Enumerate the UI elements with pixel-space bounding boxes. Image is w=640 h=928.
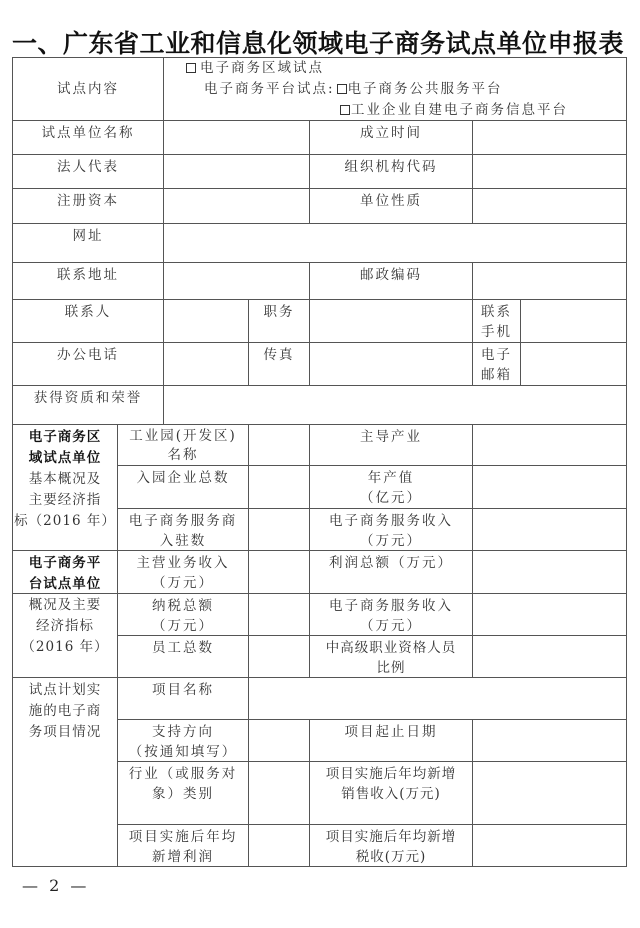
label-employees: 员工总数 [117,635,249,678]
checkbox-icon[interactable] [337,84,347,94]
input-industry-category[interactable] [248,761,310,825]
label-region-ec-service-income: 电子商务服务收入（万元） [309,508,473,551]
label-office-phone: 办公电话 [12,342,164,386]
input-mobile[interactable] [520,299,627,343]
label-annual-output: 年产值（亿元） [309,465,473,509]
application-form-table: 试点内容 电子商务区域试点 电子商务平台试点:电子商务公共服务平台 工业企业自建… [13,58,627,867]
label-project-dates: 项目起止日期 [309,719,473,762]
option-public-platform[interactable]: 电子商务公共服务平台 [348,81,503,97]
label-address: 联系地址 [12,262,164,300]
label-new-profit: 项目实施后年均新增利润 [117,824,249,867]
platform-pilot-line: 电子商务平台试点:电子商务公共服务平台 [186,79,626,100]
label-contact-person: 联系人 [12,299,164,343]
input-employees[interactable] [248,635,310,678]
input-unit-nature[interactable] [472,188,627,224]
input-fax[interactable] [309,342,473,386]
input-org-code[interactable] [472,154,627,189]
project-section-heading: 试点计划实 施的电子商 务项目情况 [12,677,118,867]
input-platform-ec-service-income[interactable] [472,593,627,636]
label-leading-industry: 主导产业 [309,424,473,466]
label-main-income: 主营业务收入（万元） [117,550,249,594]
input-senior-ratio[interactable] [472,635,627,678]
checkbox-icon[interactable] [340,105,350,115]
input-ec-service-count[interactable] [248,508,310,551]
label-fax: 传真 [248,342,310,386]
label-pilot-content: 试点内容 [12,57,164,121]
label-mobile: 联系手机 [472,299,521,343]
input-website[interactable] [163,223,627,263]
label-founded-date: 成立时间 [309,120,473,155]
input-park-name[interactable] [248,424,310,466]
label-email: 电子邮箱 [472,342,521,386]
label-ec-service-count: 电子商务服务商入驻数 [117,508,249,551]
label-project-name: 项目名称 [117,677,249,720]
input-total-profit[interactable] [472,550,627,594]
input-main-income[interactable] [248,550,310,594]
input-unit-name[interactable] [163,120,310,155]
checkbox-icon[interactable] [186,63,196,73]
input-office-phone[interactable] [163,342,249,386]
input-founded-date[interactable] [472,120,627,155]
label-honors: 获得资质和荣誉 [12,385,164,425]
label-total-profit: 利润总额（万元） [309,550,473,594]
label-position: 职务 [248,299,310,343]
label-legal-rep: 法人代表 [12,154,164,189]
input-honors[interactable] [163,385,627,425]
input-project-name[interactable] [248,677,627,720]
input-email[interactable] [520,342,627,386]
label-enterprise-count: 入园企业总数 [117,465,249,509]
label-industry-category: 行业（或服务对象）类别 [117,761,249,825]
label-platform-ec-service-income: 电子商务服务收入（万元） [309,593,473,636]
input-new-sales[interactable] [472,761,627,825]
label-new-tax: 项目实施后年均新增税收(万元) [309,824,473,867]
input-support-direction[interactable] [248,719,310,762]
input-legal-rep[interactable] [163,154,310,189]
input-leading-industry[interactable] [472,424,627,466]
input-new-tax[interactable] [472,824,627,867]
label-unit-nature: 单位性质 [309,188,473,224]
input-project-dates[interactable] [472,719,627,762]
option-self-built-platform[interactable]: 工业企业自建电子商务信息平台 [186,100,626,121]
input-position[interactable] [309,299,473,343]
option-region-pilot[interactable]: 电子商务区域试点 [186,58,626,79]
label-total-tax: 纳税总额（万元） [117,593,249,636]
label-registered-capital: 注册资本 [12,188,164,224]
input-region-ec-service-income[interactable] [472,508,627,551]
label-website: 网址 [12,223,164,263]
platform-section-heading: 电子商务平 台试点单位 概况及主要 经济指标 （2016 年） [12,550,118,678]
input-enterprise-count[interactable] [248,465,310,509]
label-postal-code: 邮政编码 [309,262,473,300]
label-new-sales: 项目实施后年均新增销售收入(万元) [309,761,473,825]
input-postal-code[interactable] [472,262,627,300]
label-senior-ratio: 中高级职业资格人员比例 [309,635,473,678]
label-unit-name: 试点单位名称 [12,120,164,155]
label-org-code: 组织机构代码 [309,154,473,189]
page-title: 一、广东省工业和信息化领域电子商务试点单位申报表 [12,24,624,60]
input-annual-output[interactable] [472,465,627,509]
input-registered-capital[interactable] [163,188,310,224]
pilot-content-options: 电子商务区域试点 电子商务平台试点:电子商务公共服务平台 工业企业自建电子商务信… [163,57,627,121]
input-new-profit[interactable] [248,824,310,867]
page-number: — 2 — [22,876,89,895]
label-support-direction: 支持方向（按通知填写） [117,719,249,762]
label-park-name: 工业园(开发区)名称 [117,424,249,466]
input-total-tax[interactable] [248,593,310,636]
input-contact-person[interactable] [163,299,249,343]
input-address[interactable] [163,262,310,300]
